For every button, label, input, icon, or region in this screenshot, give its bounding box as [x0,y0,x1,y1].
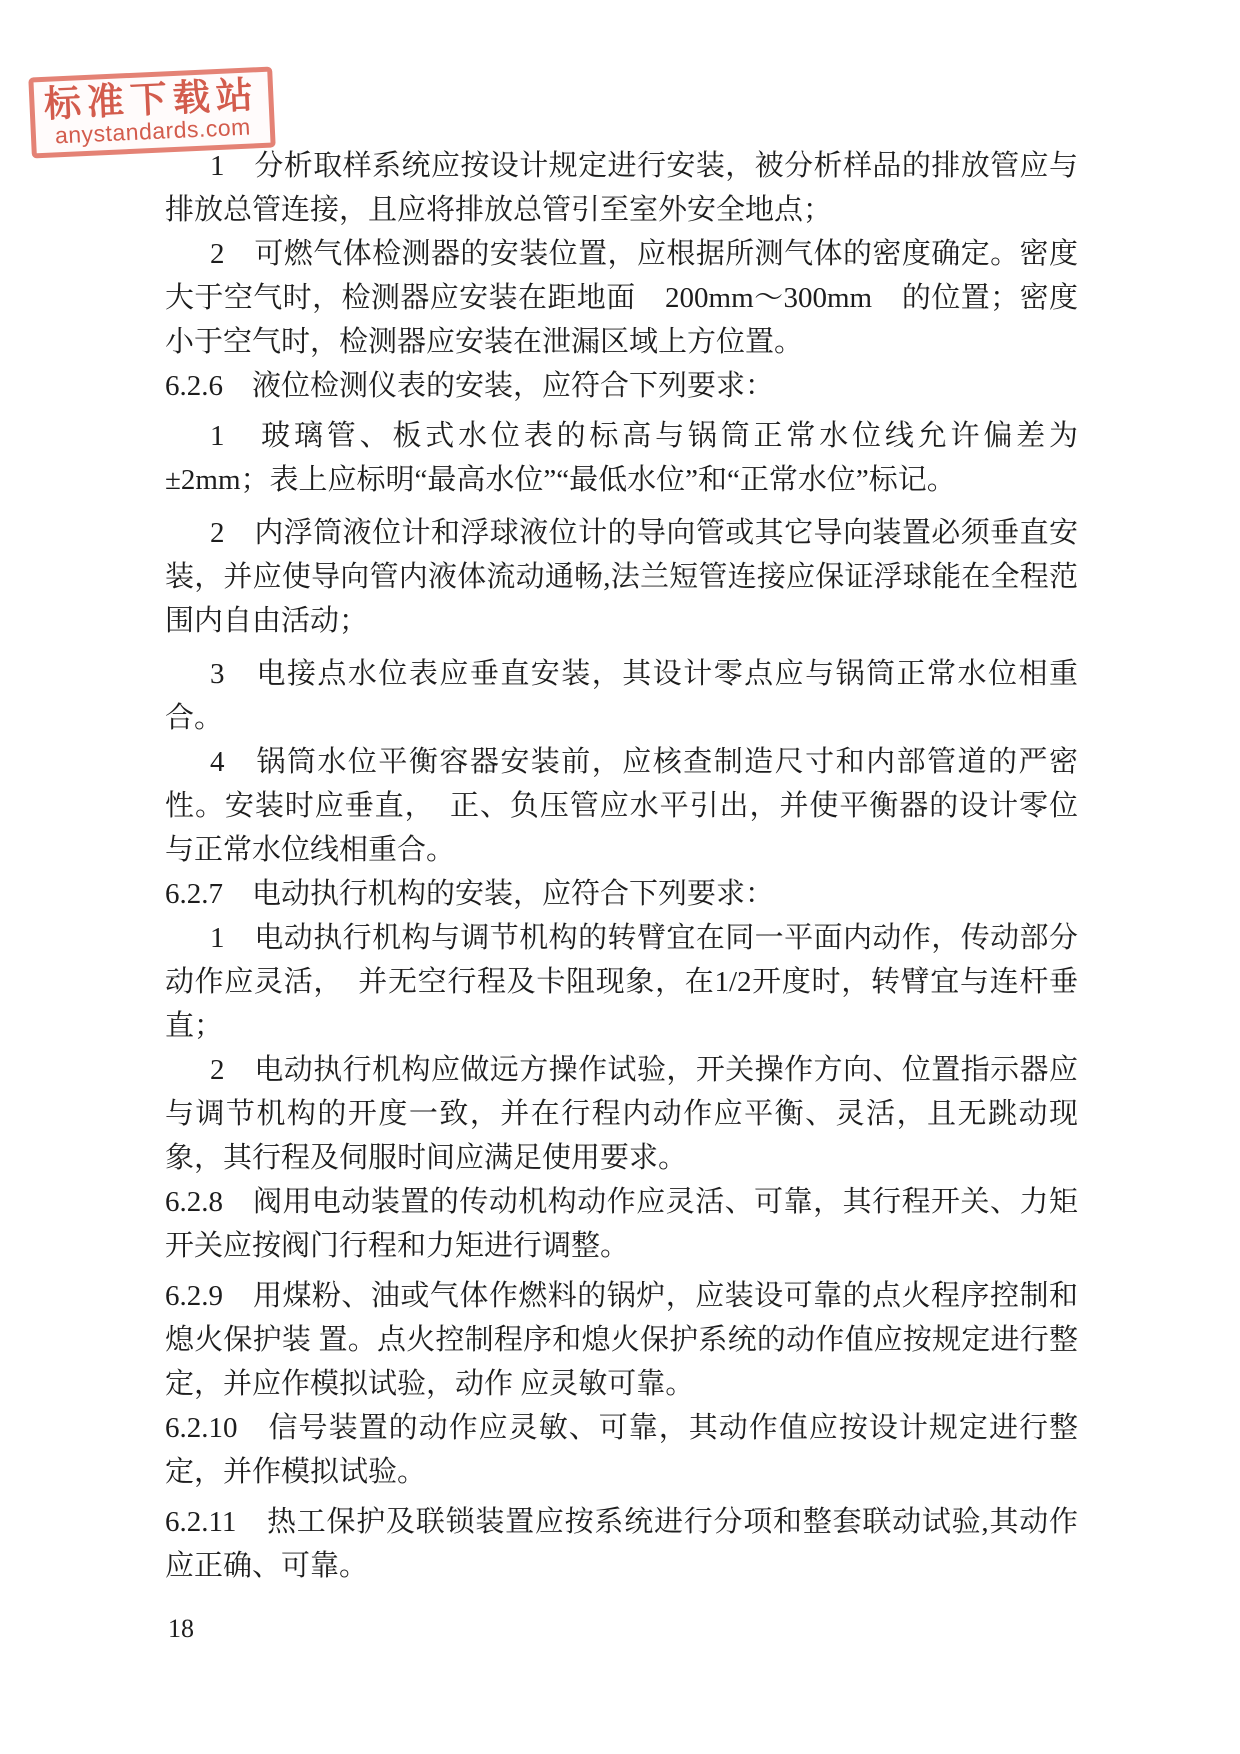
paragraph-item-1: 1 分析取样系统应按设计规定进行安装，被分析样品的排放管应与排放总管连接，且应将… [165,144,1078,232]
paragraph-6-2-7-1: 1 电动执行机构与调节机构的转臂宜在同一平面内动作，传动部分动作应灵活， 并无空… [165,916,1078,1048]
paragraph-6-2-7-2: 2 电动执行机构应做远方操作试验，开关操作方向、位置指示器应与调节机构的开度一致… [165,1048,1078,1180]
paragraph-6-2-6-2: 2 内浮筒液位计和浮球液位计的导向管或其它导向装置必须垂直安装，并应使导向管内液… [165,511,1078,643]
section-6-2-6: 6.2.6 液位检测仪表的安装，应符合下列要求： [165,364,1078,408]
section-6-2-7: 6.2.7 电动执行机构的安装，应符合下列要求： [165,872,1078,916]
document-body: 1 分析取样系统应按设计规定进行安装，被分析样品的排放管应与排放总管连接，且应将… [165,144,1078,1588]
section-6-2-9: 6.2.9 用煤粉、油或气体作燃料的锅炉，应装设可靠的点火程序控制和熄火保护装 … [165,1274,1078,1406]
paragraph-item-2: 2 可燃气体检测器的安装位置，应根据所测气体的密度确定。密度大于空气时，检测器应… [165,232,1078,364]
page-number: 18 [168,1616,194,1642]
section-6-2-10: 6.2.10 信号装置的动作应灵敏、可靠，其动作值应按设计规定进行整定，并作模拟… [165,1406,1078,1494]
section-6-2-8: 6.2.8 阀用电动装置的传动机构动作应灵活、可靠，其行程开关、力矩开关应按阀门… [165,1180,1078,1268]
paragraph-6-2-6-3: 3 电接点水位表应垂直安装，其设计零点应与锅筒正常水位相重合。 [165,652,1078,740]
document-page: 标准下载站 anystandards.com 1 分析取样系统应按设计规定进行安… [0,0,1240,1754]
paragraph-6-2-6-4: 4 锅筒水位平衡容器安装前，应核查制造尺寸和内部管道的严密性。安装时应垂直， 正… [165,740,1078,872]
paragraph-6-2-6-1: 1 玻璃管、板式水位表的标高与锅筒正常水位线允许偏差为±2mm；表上应标明“最高… [165,414,1078,502]
section-6-2-11: 6.2.11 热工保护及联锁装置应按系统进行分项和整套联动试验,其动作应正确、可… [165,1500,1078,1588]
